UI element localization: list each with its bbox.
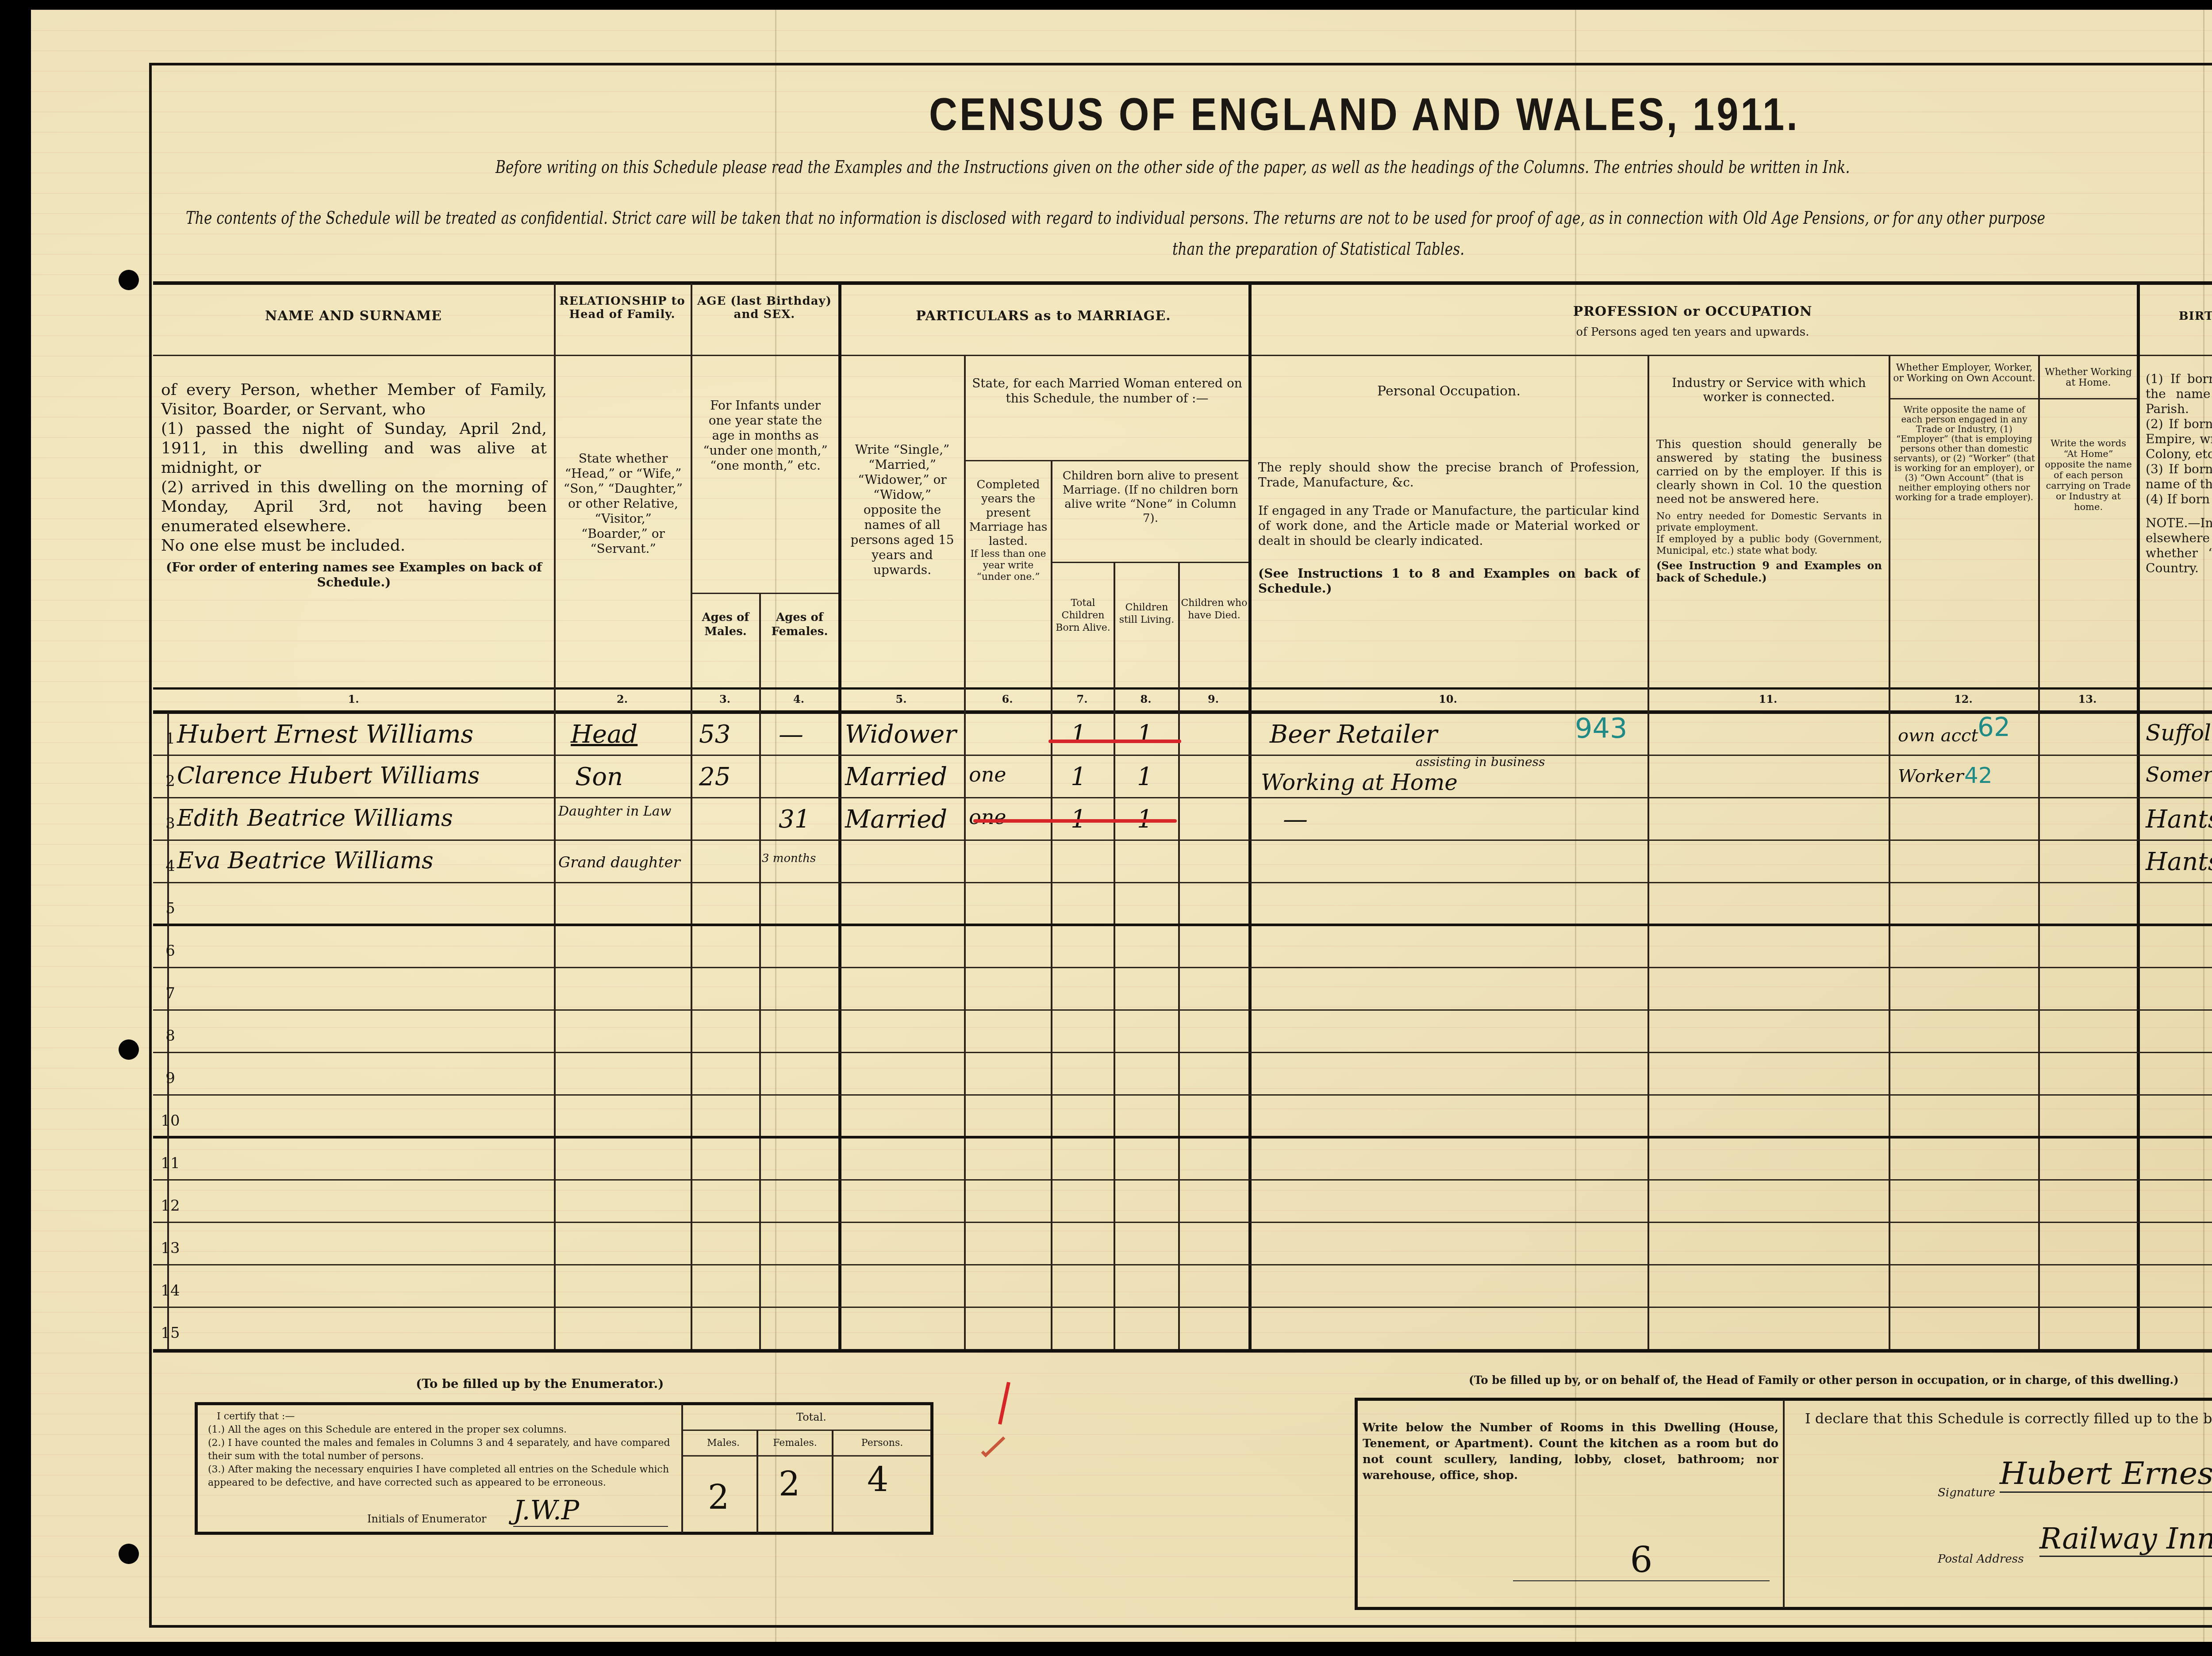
row-number: 8 bbox=[157, 1027, 184, 1045]
initials-label: Initials of Enumerator bbox=[367, 1513, 487, 1525]
row-number: 15 bbox=[157, 1324, 184, 1342]
cell-age-female[interactable]: 3 months bbox=[762, 852, 837, 865]
cell-age-male[interactable]: 25 bbox=[699, 763, 730, 791]
colnum-3: 3. bbox=[691, 693, 759, 705]
red-strike-mark bbox=[973, 819, 1177, 823]
page-title: CENSUS OF ENGLAND AND WALES, 1911. bbox=[929, 88, 1800, 141]
col-divider bbox=[1647, 355, 1649, 1349]
col-divider bbox=[1051, 460, 1052, 1349]
row-rule bbox=[153, 797, 2212, 798]
header-subrule bbox=[964, 460, 1248, 461]
cell-name[interactable]: Hubert Ernest Williams bbox=[177, 720, 473, 749]
row-rule bbox=[153, 1094, 2212, 1096]
colnum-1: 1. bbox=[153, 693, 554, 705]
desc-born-alive: Total Children Born Alive. bbox=[1052, 597, 1114, 634]
row-number: 13 bbox=[157, 1239, 184, 1257]
col-divider bbox=[1248, 283, 1252, 1349]
row-number: 5 bbox=[157, 900, 184, 917]
col-divider bbox=[1889, 355, 1890, 1349]
heading-employer: Whether Employer, Worker, or Working on … bbox=[1890, 363, 2038, 384]
header-subrule bbox=[691, 593, 838, 594]
row-rule bbox=[153, 1179, 2212, 1181]
col-divider bbox=[1114, 562, 1115, 1349]
desc-at-home: Write the words “At Home” opposite the n… bbox=[2040, 438, 2137, 512]
cell-relationship[interactable]: Grand daughter bbox=[558, 854, 680, 871]
desc-industry: This question should generally be answer… bbox=[1650, 438, 1888, 584]
colnum-13: 13. bbox=[2038, 693, 2137, 705]
punch-hole bbox=[119, 270, 139, 290]
desc-years-married-main: Completed years the present Marriage has… bbox=[968, 478, 1049, 548]
males-total[interactable]: 2 bbox=[708, 1477, 729, 1517]
enumerator-divider bbox=[681, 1404, 683, 1533]
cell-relationship[interactable]: Daughter in Law bbox=[558, 804, 687, 819]
row-number: 12 bbox=[157, 1197, 184, 1215]
persons-label: Persons. bbox=[833, 1437, 931, 1449]
desc-ind-1: This question should generally be answer… bbox=[1656, 438, 1882, 506]
desc-years-married-sub: If less than one year write “under one.” bbox=[968, 548, 1049, 583]
cell-employer-code: 42 bbox=[1964, 763, 1993, 788]
desc-po-2: If engaged in any Trade or Manufacture, … bbox=[1258, 503, 1640, 548]
row-rule bbox=[153, 1222, 2212, 1223]
cell-occupation[interactable]: — bbox=[1283, 805, 1308, 834]
cell-occupation[interactable]: Working at Home bbox=[1261, 770, 1458, 795]
rooms-field[interactable]: 6 bbox=[1513, 1539, 1770, 1581]
cell-living[interactable]: 1 bbox=[1137, 763, 1153, 791]
table-top-rule bbox=[153, 281, 2212, 285]
row-number: 14 bbox=[157, 1282, 184, 1299]
certify-item-3: (3.) After making the necessary enquirie… bbox=[208, 1463, 677, 1490]
desc-ind-2: No entry needed for Domestic Servants in… bbox=[1656, 511, 1882, 534]
cell-birthplace[interactable]: Hants, Havant bbox=[2146, 805, 2212, 834]
cell-born-alive[interactable]: 1 bbox=[1071, 720, 1087, 749]
row-number: 6 bbox=[157, 942, 184, 960]
desc-ind-4: (See Instruction 9 and Examples on back … bbox=[1656, 560, 1882, 584]
header-subrule bbox=[1889, 398, 2137, 399]
col-divider bbox=[759, 593, 761, 1349]
punch-hole bbox=[119, 1039, 139, 1060]
cell-birthplace[interactable]: Hants, Titchfield bbox=[2146, 847, 2212, 876]
col-divider bbox=[1178, 562, 1180, 1349]
colnum-10: 10. bbox=[1248, 693, 1647, 705]
colnum-4: 4. bbox=[759, 693, 838, 705]
heading-name: NAME AND SURNAME bbox=[153, 310, 554, 323]
enumerator-heading: (To be filled up by the Enumerator.) bbox=[416, 1376, 664, 1391]
row-rule bbox=[153, 882, 2212, 883]
desc-years-married: Completed years the present Marriage has… bbox=[966, 478, 1051, 583]
cell-employer-code: 62 bbox=[1978, 712, 2010, 742]
heading-age: AGE (last Birthday) and SEX. bbox=[691, 295, 838, 321]
males-label: Males. bbox=[690, 1437, 757, 1449]
desc-name-1: (1) passed the night of Sunday, April 2n… bbox=[161, 419, 547, 478]
subheading-occupation: of Persons aged ten years and upwards. bbox=[1248, 326, 2137, 339]
persons-total[interactable]: 4 bbox=[867, 1460, 888, 1499]
red-strike-mark bbox=[1048, 740, 1181, 743]
enumerator-certification: I certify that :— (1.) All the ages on t… bbox=[208, 1410, 677, 1490]
initials-field[interactable]: J.W.P bbox=[513, 1495, 668, 1527]
cell-name[interactable]: Edith Beatrice Williams bbox=[177, 805, 453, 832]
red-check-icon bbox=[973, 1380, 1026, 1468]
cell-condition[interactable]: Widower bbox=[845, 720, 956, 749]
cell-condition[interactable]: Married bbox=[845, 763, 947, 791]
cell-birthplace[interactable]: Somerset, Marston Biggot bbox=[2146, 763, 2212, 786]
colnum-bottom-rule bbox=[153, 710, 2212, 714]
row-rule bbox=[153, 755, 2212, 756]
cell-years-married[interactable]: one bbox=[969, 763, 1006, 786]
row-rule-thick bbox=[153, 1136, 2212, 1138]
cell-age-female[interactable]: 31 bbox=[779, 805, 810, 834]
colnum-11: 11. bbox=[1647, 693, 1889, 705]
total-label: Total. bbox=[796, 1411, 826, 1423]
row-rule bbox=[153, 1009, 2212, 1011]
desc-ind-3: If employed by a public body (Government… bbox=[1656, 534, 1882, 557]
cell-employer[interactable]: own acct bbox=[1898, 725, 1978, 746]
cell-occupation-note: assisting in business bbox=[1416, 755, 1545, 769]
desc-age-males: Ages of Males. bbox=[692, 610, 759, 639]
cell-relationship[interactable]: Head bbox=[571, 720, 637, 749]
colnum-2: 2. bbox=[554, 693, 691, 705]
desc-name-2: (2) arrived in this dwelling on the morn… bbox=[161, 478, 547, 536]
colnum-8: 8. bbox=[1114, 693, 1178, 705]
table-bottom-rule bbox=[153, 1349, 2212, 1353]
desc-bp-2: (2) If born in any other part of the Bri… bbox=[2146, 417, 2212, 462]
cell-living[interactable]: 1 bbox=[1137, 720, 1153, 749]
address-label: Postal Address bbox=[1938, 1552, 2024, 1566]
colnum-12: 12. bbox=[1889, 693, 2038, 705]
desc-relationship: State whether “Head,” or “Wife,” “Son,” … bbox=[556, 451, 691, 556]
desc-children: Children born alive to present Marriage.… bbox=[1052, 469, 1248, 525]
cell-occupation[interactable]: Beer Retailer bbox=[1270, 720, 1437, 749]
cell-name[interactable]: Clarence Hubert Williams bbox=[177, 763, 480, 789]
cell-birthplace[interactable]: Suffolk, Rickinghall bbox=[2146, 720, 2212, 746]
heading-birthplace: BIRTHPLACE of every person. bbox=[2137, 310, 2212, 323]
address-field[interactable]: Railway Inn, Titchfield, Hants bbox=[2039, 1522, 2212, 1557]
row-number: 7 bbox=[157, 985, 184, 1002]
head-section-divider bbox=[1783, 1400, 1785, 1608]
cell-relationship[interactable]: Son bbox=[575, 763, 623, 791]
colnum-14: 14. bbox=[2137, 693, 2212, 705]
desc-bp-3: (3) If born in a Foreign Country, write … bbox=[2146, 462, 2212, 492]
confidential-line: The contents of the Schedule will be tre… bbox=[186, 208, 2045, 228]
desc-age-females: Ages of Females. bbox=[761, 610, 838, 639]
enumerator-rule bbox=[683, 1430, 931, 1431]
desc-name-4: (For order of entering names see Example… bbox=[161, 560, 547, 590]
cell-name[interactable]: Eva Beatrice Williams bbox=[177, 847, 434, 874]
row-rule bbox=[153, 967, 2212, 968]
desc-personal-occupation: The reply should show the precise branch… bbox=[1252, 460, 1646, 596]
colnum-6: 6. bbox=[964, 693, 1051, 705]
colnum-5: 5. bbox=[838, 693, 964, 705]
row-number: 9 bbox=[157, 1069, 184, 1087]
confidential-line-2: than the preparation of Statistical Tabl… bbox=[1172, 239, 1464, 259]
certify-label: I certify that :— bbox=[208, 1410, 677, 1423]
heading-occupation: PROFESSION or OCCUPATION bbox=[1248, 305, 2137, 318]
cell-age-female[interactable]: — bbox=[779, 720, 803, 749]
desc-bp-note: NOTE.—In the case of persons born elsewh… bbox=[2146, 516, 2212, 576]
cell-years-married[interactable]: one bbox=[969, 805, 1006, 829]
heading-personal-occupation: Personal Occupation. bbox=[1250, 385, 1647, 398]
desc-living: Children still Living. bbox=[1115, 602, 1178, 626]
females-label: Females. bbox=[758, 1437, 832, 1449]
desc-died: Children who have Died. bbox=[1180, 597, 1248, 622]
cell-born-alive[interactable]: 1 bbox=[1071, 763, 1087, 791]
row-number: 10 bbox=[157, 1112, 184, 1130]
header-bottom-rule bbox=[153, 687, 2212, 690]
row-rule bbox=[153, 839, 2212, 841]
signature-field[interactable]: Hubert Ernest Williams bbox=[2000, 1455, 2212, 1493]
punch-hole bbox=[119, 1544, 139, 1564]
rooms-instruction: Write below the Number of Rooms in this … bbox=[1363, 1420, 1778, 1483]
heading-marriage: PARTICULARS as to MARRIAGE. bbox=[838, 310, 1248, 323]
row-rule bbox=[153, 1264, 2212, 1265]
colnum-9: 9. bbox=[1178, 693, 1248, 705]
desc-condition: Write “Single,” “Married,” “Widower,” or… bbox=[841, 442, 964, 578]
desc-name: of every Person, whether Member of Famil… bbox=[155, 380, 553, 590]
cell-age-male[interactable]: 53 bbox=[699, 720, 730, 749]
certify-item-1: (1.) All the ages on this Schedule are e… bbox=[208, 1423, 677, 1437]
heading-industry: Industry or Service with which worker is… bbox=[1649, 376, 1889, 404]
header-subrule bbox=[1051, 562, 1248, 563]
desc-married-woman: State, for each Married Woman entered on… bbox=[966, 376, 1248, 406]
cell-condition[interactable]: Married bbox=[845, 805, 947, 834]
heading-at-home: Whether Working at Home. bbox=[2040, 367, 2137, 388]
enumerator-rule bbox=[683, 1455, 931, 1457]
desc-employer: Write opposite the name of each person e… bbox=[1890, 405, 2038, 502]
desc-name-intro: of every Person, whether Member of Famil… bbox=[161, 380, 547, 419]
desc-name-3: No one else must be included. bbox=[161, 536, 547, 556]
row-rule bbox=[153, 1307, 2212, 1308]
desc-po-3: (See Instructions 1 to 8 and Examples on… bbox=[1258, 566, 1640, 596]
signature-label: Signature bbox=[1938, 1486, 1995, 1499]
row-rule bbox=[153, 1052, 2212, 1053]
header-rule bbox=[153, 355, 2212, 356]
head-section-heading: (To be filled up by, or on behalf of, th… bbox=[1469, 1374, 2179, 1387]
cell-employer[interactable]: Worker bbox=[1898, 766, 1964, 786]
desc-bp-1: (1) If born in the United Kingdom, write… bbox=[2146, 372, 2212, 417]
desc-po-1: The reply should show the precise branch… bbox=[1258, 460, 1640, 490]
col-divider bbox=[554, 283, 556, 1349]
cell-occupation-code: 943 bbox=[1575, 712, 1627, 744]
females-total[interactable]: 2 bbox=[779, 1464, 800, 1503]
desc-birthplace: (1) If born in the United Kingdom, write… bbox=[2139, 372, 2212, 576]
desc-age: For Infants under one year state the age… bbox=[692, 398, 838, 473]
heading-relationship: RELATIONSHIP to Head of Family. bbox=[554, 295, 691, 321]
certify-item-2: (2.) I have counted the males and female… bbox=[208, 1437, 677, 1463]
row-rule-thick bbox=[153, 924, 2212, 926]
desc-bp-4: (4) If born at sea, write “At Sea.” bbox=[2146, 492, 2212, 507]
instruction-line: Before writing on this Schedule please r… bbox=[495, 157, 1850, 177]
colnum-7: 7. bbox=[1051, 693, 1114, 705]
declaration: I declare that this Schedule is correctl… bbox=[1805, 1410, 2212, 1427]
row-number: 11 bbox=[157, 1154, 184, 1172]
form-frame bbox=[149, 63, 2212, 1628]
